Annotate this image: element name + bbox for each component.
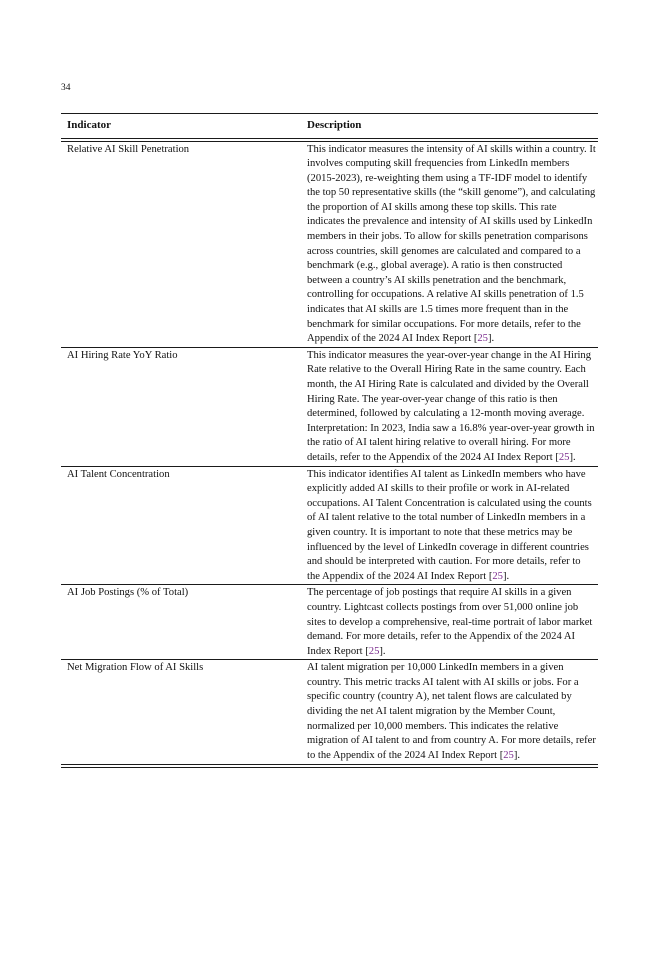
indicator-name: AI Job Postings (% of Total) xyxy=(61,586,301,659)
table-row: Relative AI Skill Penetration This indic… xyxy=(61,142,598,347)
description-text: This indicator measures the year-over-ye… xyxy=(307,350,595,463)
citation-link[interactable]: 25 xyxy=(477,333,488,344)
header-indicator: Indicator xyxy=(61,118,301,133)
indicator-name: Net Migration Flow of AI Skills xyxy=(61,661,301,763)
trailing-punct: . xyxy=(573,452,576,463)
citation-link[interactable]: 25 xyxy=(369,646,380,657)
table-row: Net Migration Flow of AI Skills AI talen… xyxy=(61,660,598,763)
indicator-name: AI Talent Concentration xyxy=(61,468,301,585)
description-text: The percentage of job postings that requ… xyxy=(307,587,592,656)
indicator-table: Indicator Description Relative AI Skill … xyxy=(61,113,598,768)
description-text: This indicator measures the intensity of… xyxy=(307,144,596,345)
header-description: Description xyxy=(301,118,598,133)
indicator-description: This indicator measures the year-over-ye… xyxy=(301,349,598,466)
table-row: AI Talent Concentration This indicator i… xyxy=(61,467,598,585)
indicator-description: This indicator measures the intensity of… xyxy=(301,143,598,347)
citation-link[interactable]: 25 xyxy=(559,452,570,463)
description-text: AI talent migration per 10,000 LinkedIn … xyxy=(307,662,596,761)
table-row: AI Hiring Rate YoY Ratio This indicator … xyxy=(61,348,598,466)
description-text: This indicator identifies AI talent as L… xyxy=(307,469,592,582)
indicator-name: AI Hiring Rate YoY Ratio xyxy=(61,349,301,466)
table-header-row: Indicator Description xyxy=(61,114,598,138)
table-row: AI Job Postings (% of Total) The percent… xyxy=(61,585,598,659)
trailing-punct: . xyxy=(383,646,386,657)
indicator-description: AI talent migration per 10,000 LinkedIn … xyxy=(301,661,598,763)
indicator-description: This indicator identifies AI talent as L… xyxy=(301,468,598,585)
trailing-punct: . xyxy=(506,571,509,582)
trailing-punct: . xyxy=(517,750,520,761)
trailing-punct: . xyxy=(491,333,494,344)
page-number: 34 xyxy=(61,82,71,94)
table-bottom-double-rule xyxy=(61,764,598,768)
indicator-name: Relative AI Skill Penetration xyxy=(61,143,301,347)
citation-link[interactable]: 25 xyxy=(492,571,503,582)
citation-link[interactable]: 25 xyxy=(503,750,514,761)
indicator-description: The percentage of job postings that requ… xyxy=(301,586,598,659)
